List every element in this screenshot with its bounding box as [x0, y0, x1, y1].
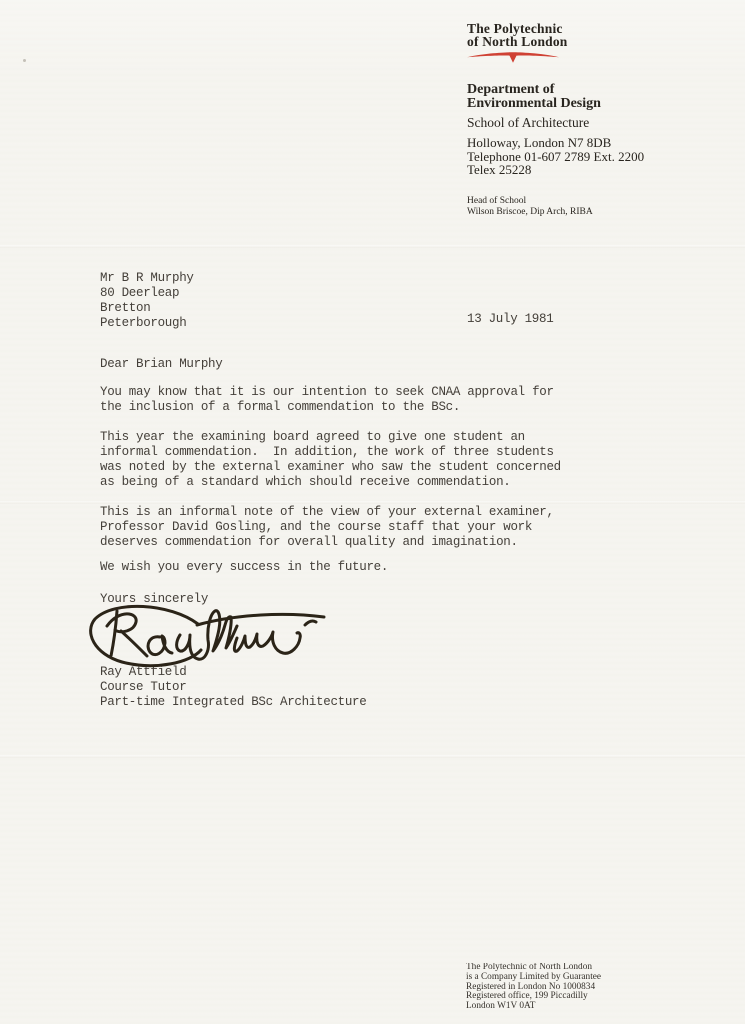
- paragraph-3: This is an informal note of the view of …: [100, 505, 554, 550]
- head-of-school: Head of School Wilson Briscoe, Dip Arch,…: [467, 196, 593, 217]
- recipient-address: Mr B R Murphy 80 Deerleap Bretton Peterb…: [100, 271, 194, 331]
- letter-date: 13 July 1981: [467, 312, 553, 327]
- paper-speck: [23, 59, 26, 62]
- paragraph-2: This year the examining board agreed to …: [100, 430, 561, 490]
- letter-page: The Polytechnic of North London Departme…: [0, 0, 745, 1024]
- letterhead-address: Holloway, London N7 8DB Telephone 01-607…: [467, 136, 644, 177]
- fold-line-middle: [0, 501, 745, 504]
- department-name: Department of Environmental Design: [467, 83, 601, 111]
- fold-line-top: [0, 245, 745, 248]
- red-brandmark-shape: [467, 52, 559, 63]
- paragraph-1: You may know that it is our intention to…: [100, 385, 554, 415]
- signature-stroke: [91, 606, 324, 665]
- signature-ray-attfield-icon: [86, 596, 338, 670]
- salutation: Dear Brian Murphy: [100, 357, 222, 372]
- school-name: School of Architecture: [467, 116, 589, 130]
- org-name: The Polytechnic of North London: [467, 23, 568, 48]
- red-brandmark-icon: [467, 52, 559, 64]
- registration-footer: The Polytechnic of North London is a Com…: [466, 963, 686, 1009]
- fold-line-bottom: [0, 755, 745, 758]
- signature-block: Ray Attfield Course Tutor Part-time Inte…: [100, 665, 366, 710]
- paragraph-4: We wish you every success in the future.: [100, 560, 388, 575]
